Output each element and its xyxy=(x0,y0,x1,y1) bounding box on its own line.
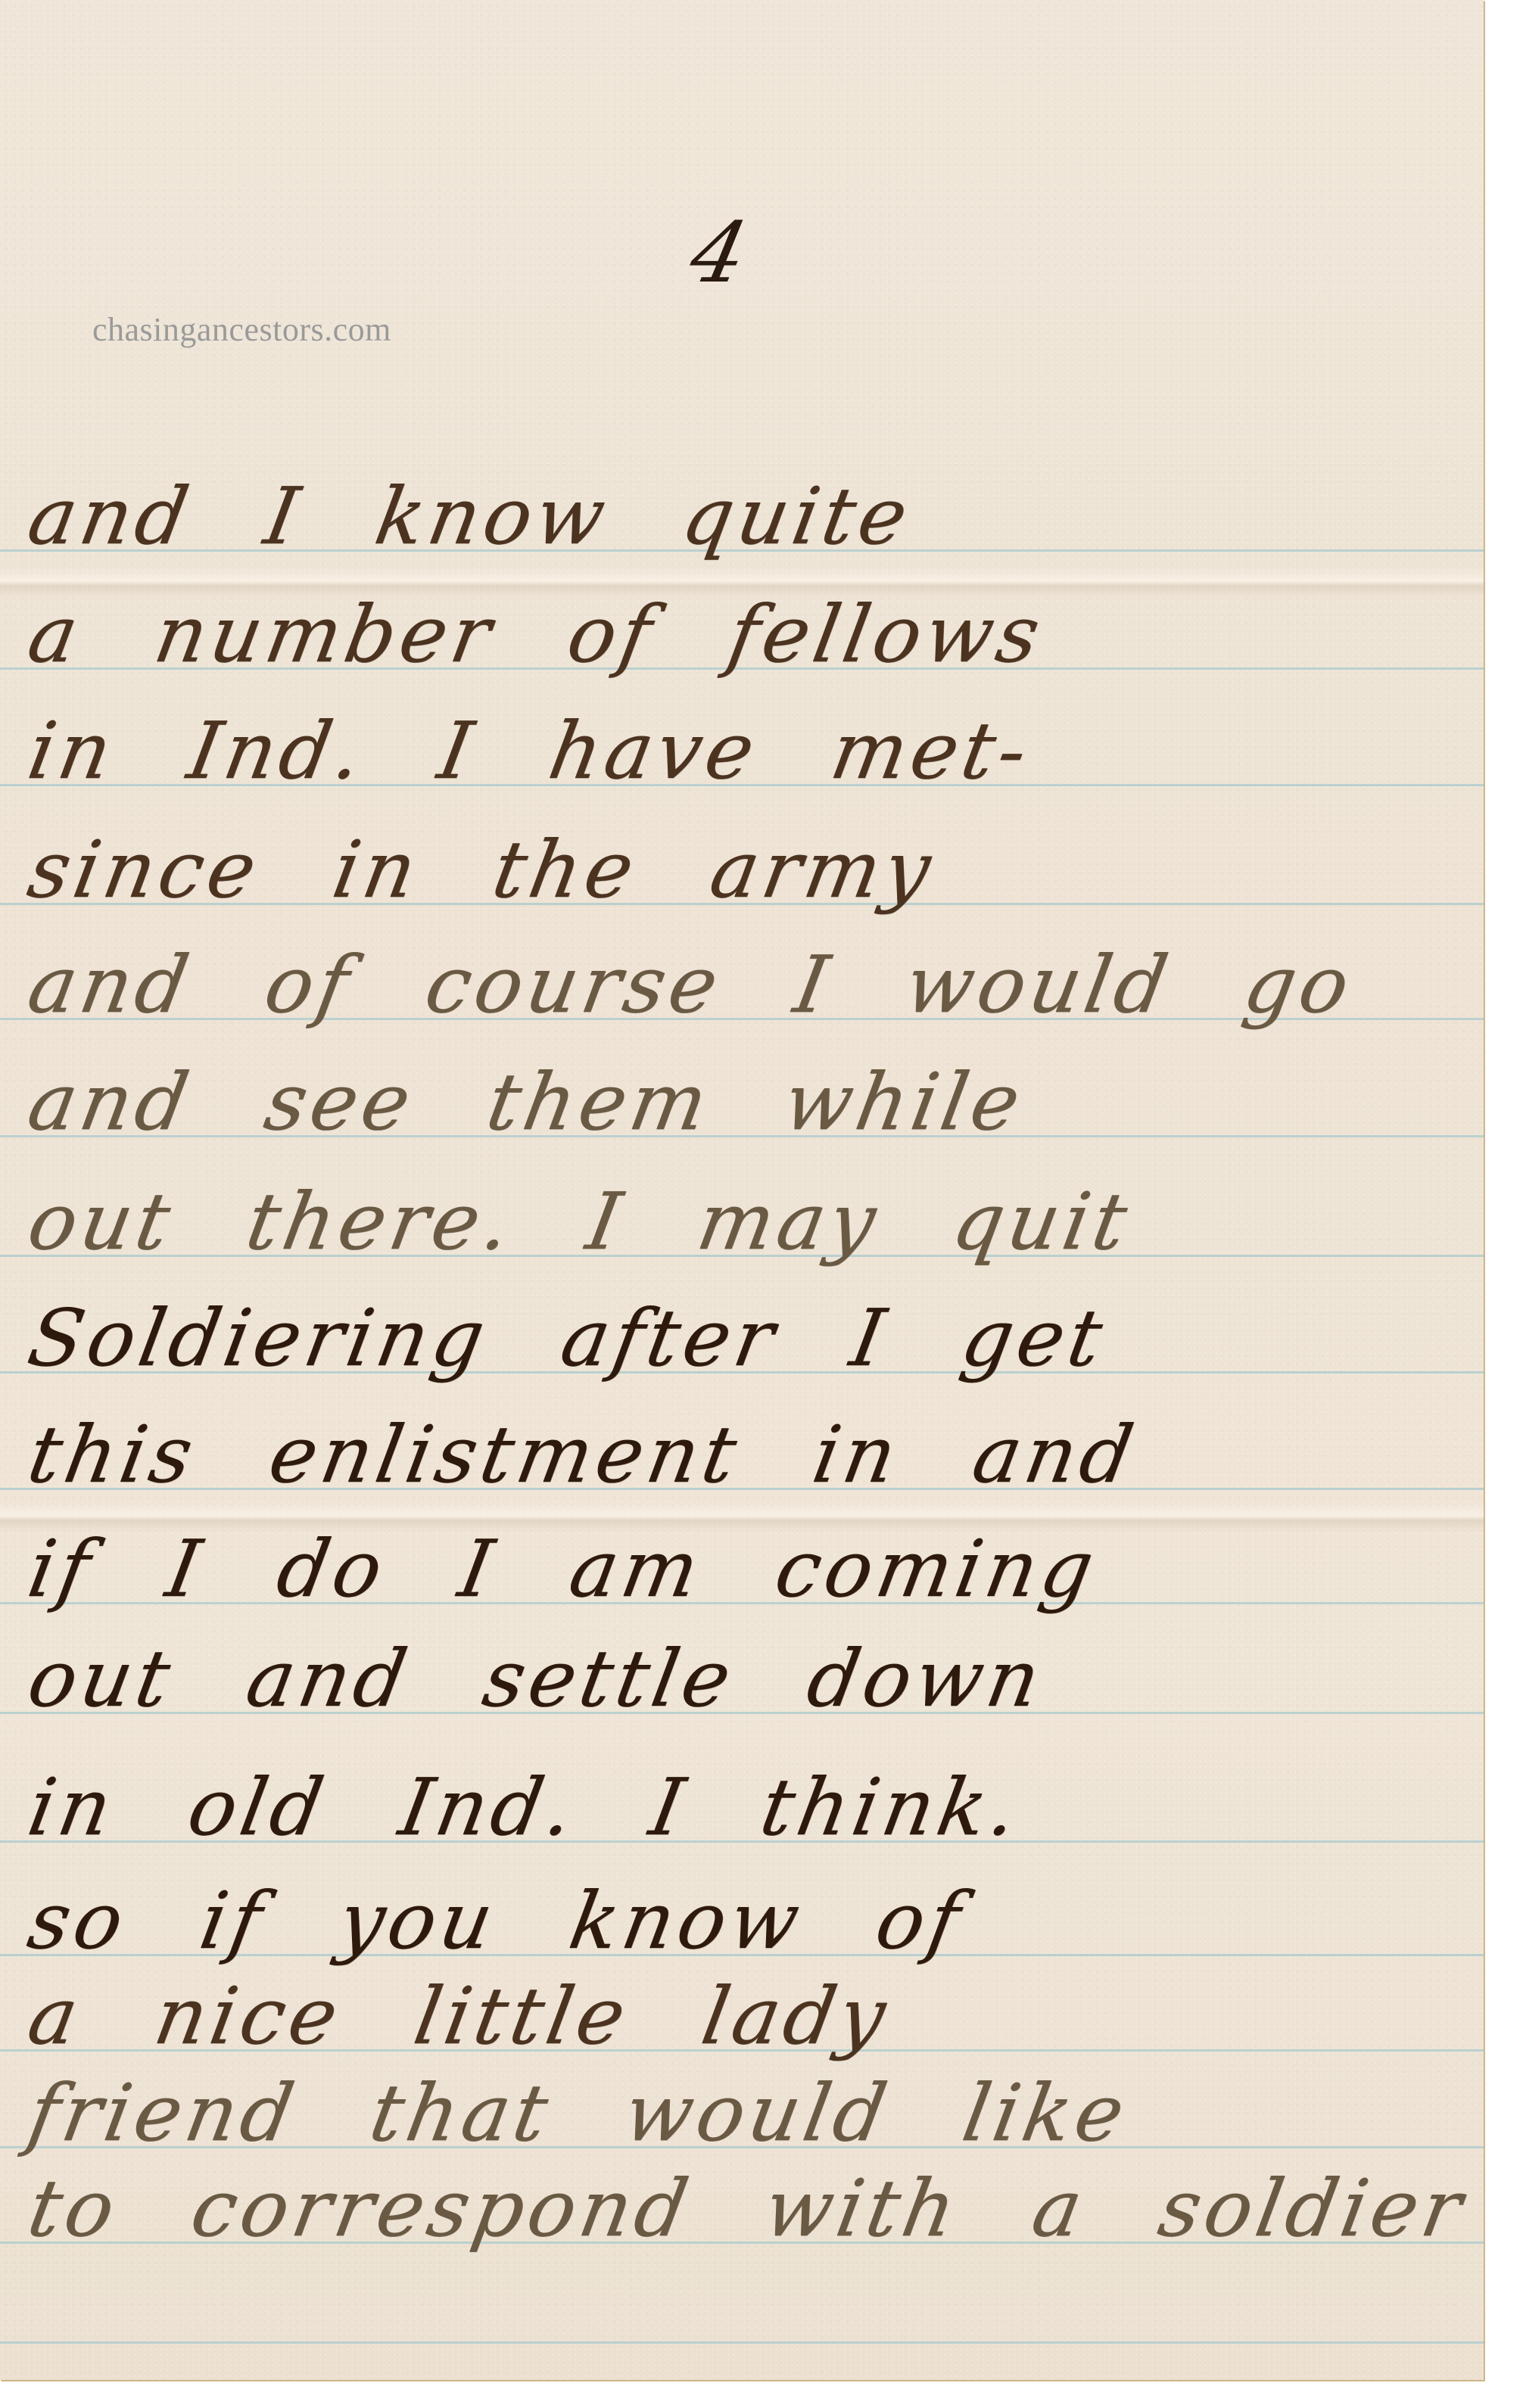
handwritten-line: Soldiering after I get xyxy=(23,1299,1475,1377)
handwritten-line: and I know quite xyxy=(23,477,1475,555)
page-number: 4 xyxy=(663,204,774,301)
handwritten-line: so if you know of xyxy=(23,1881,1475,1960)
handwritten-line: a number of fellows xyxy=(23,595,1475,674)
handwritten-line: friend that would like xyxy=(23,2074,1475,2152)
handwritten-line: out and settle down xyxy=(23,1639,1475,1718)
handwritten-line: since in the army xyxy=(23,830,1475,909)
letter-paper: 4 chasingancestors.com and I know quite … xyxy=(0,0,1484,2380)
handwritten-line: this enlistment in and xyxy=(23,1415,1475,1494)
watermark: chasingancestors.com xyxy=(92,310,391,349)
handwritten-line: to correspond with a soldier xyxy=(23,2169,1475,2248)
handwritten-line: in Ind. I have met- xyxy=(23,711,1475,790)
handwritten-line: out there. I may quit xyxy=(23,1182,1475,1261)
handwritten-line: a nice little lady xyxy=(23,1977,1475,2055)
handwritten-line: and of course I would go xyxy=(23,945,1475,1024)
handwritten-line: in old Ind. I think. xyxy=(23,1768,1475,1846)
handwritten-line: and see them while xyxy=(23,1062,1475,1141)
ruled-line xyxy=(0,2341,1484,2344)
handwritten-line: if I do I am coming xyxy=(23,1529,1475,1608)
